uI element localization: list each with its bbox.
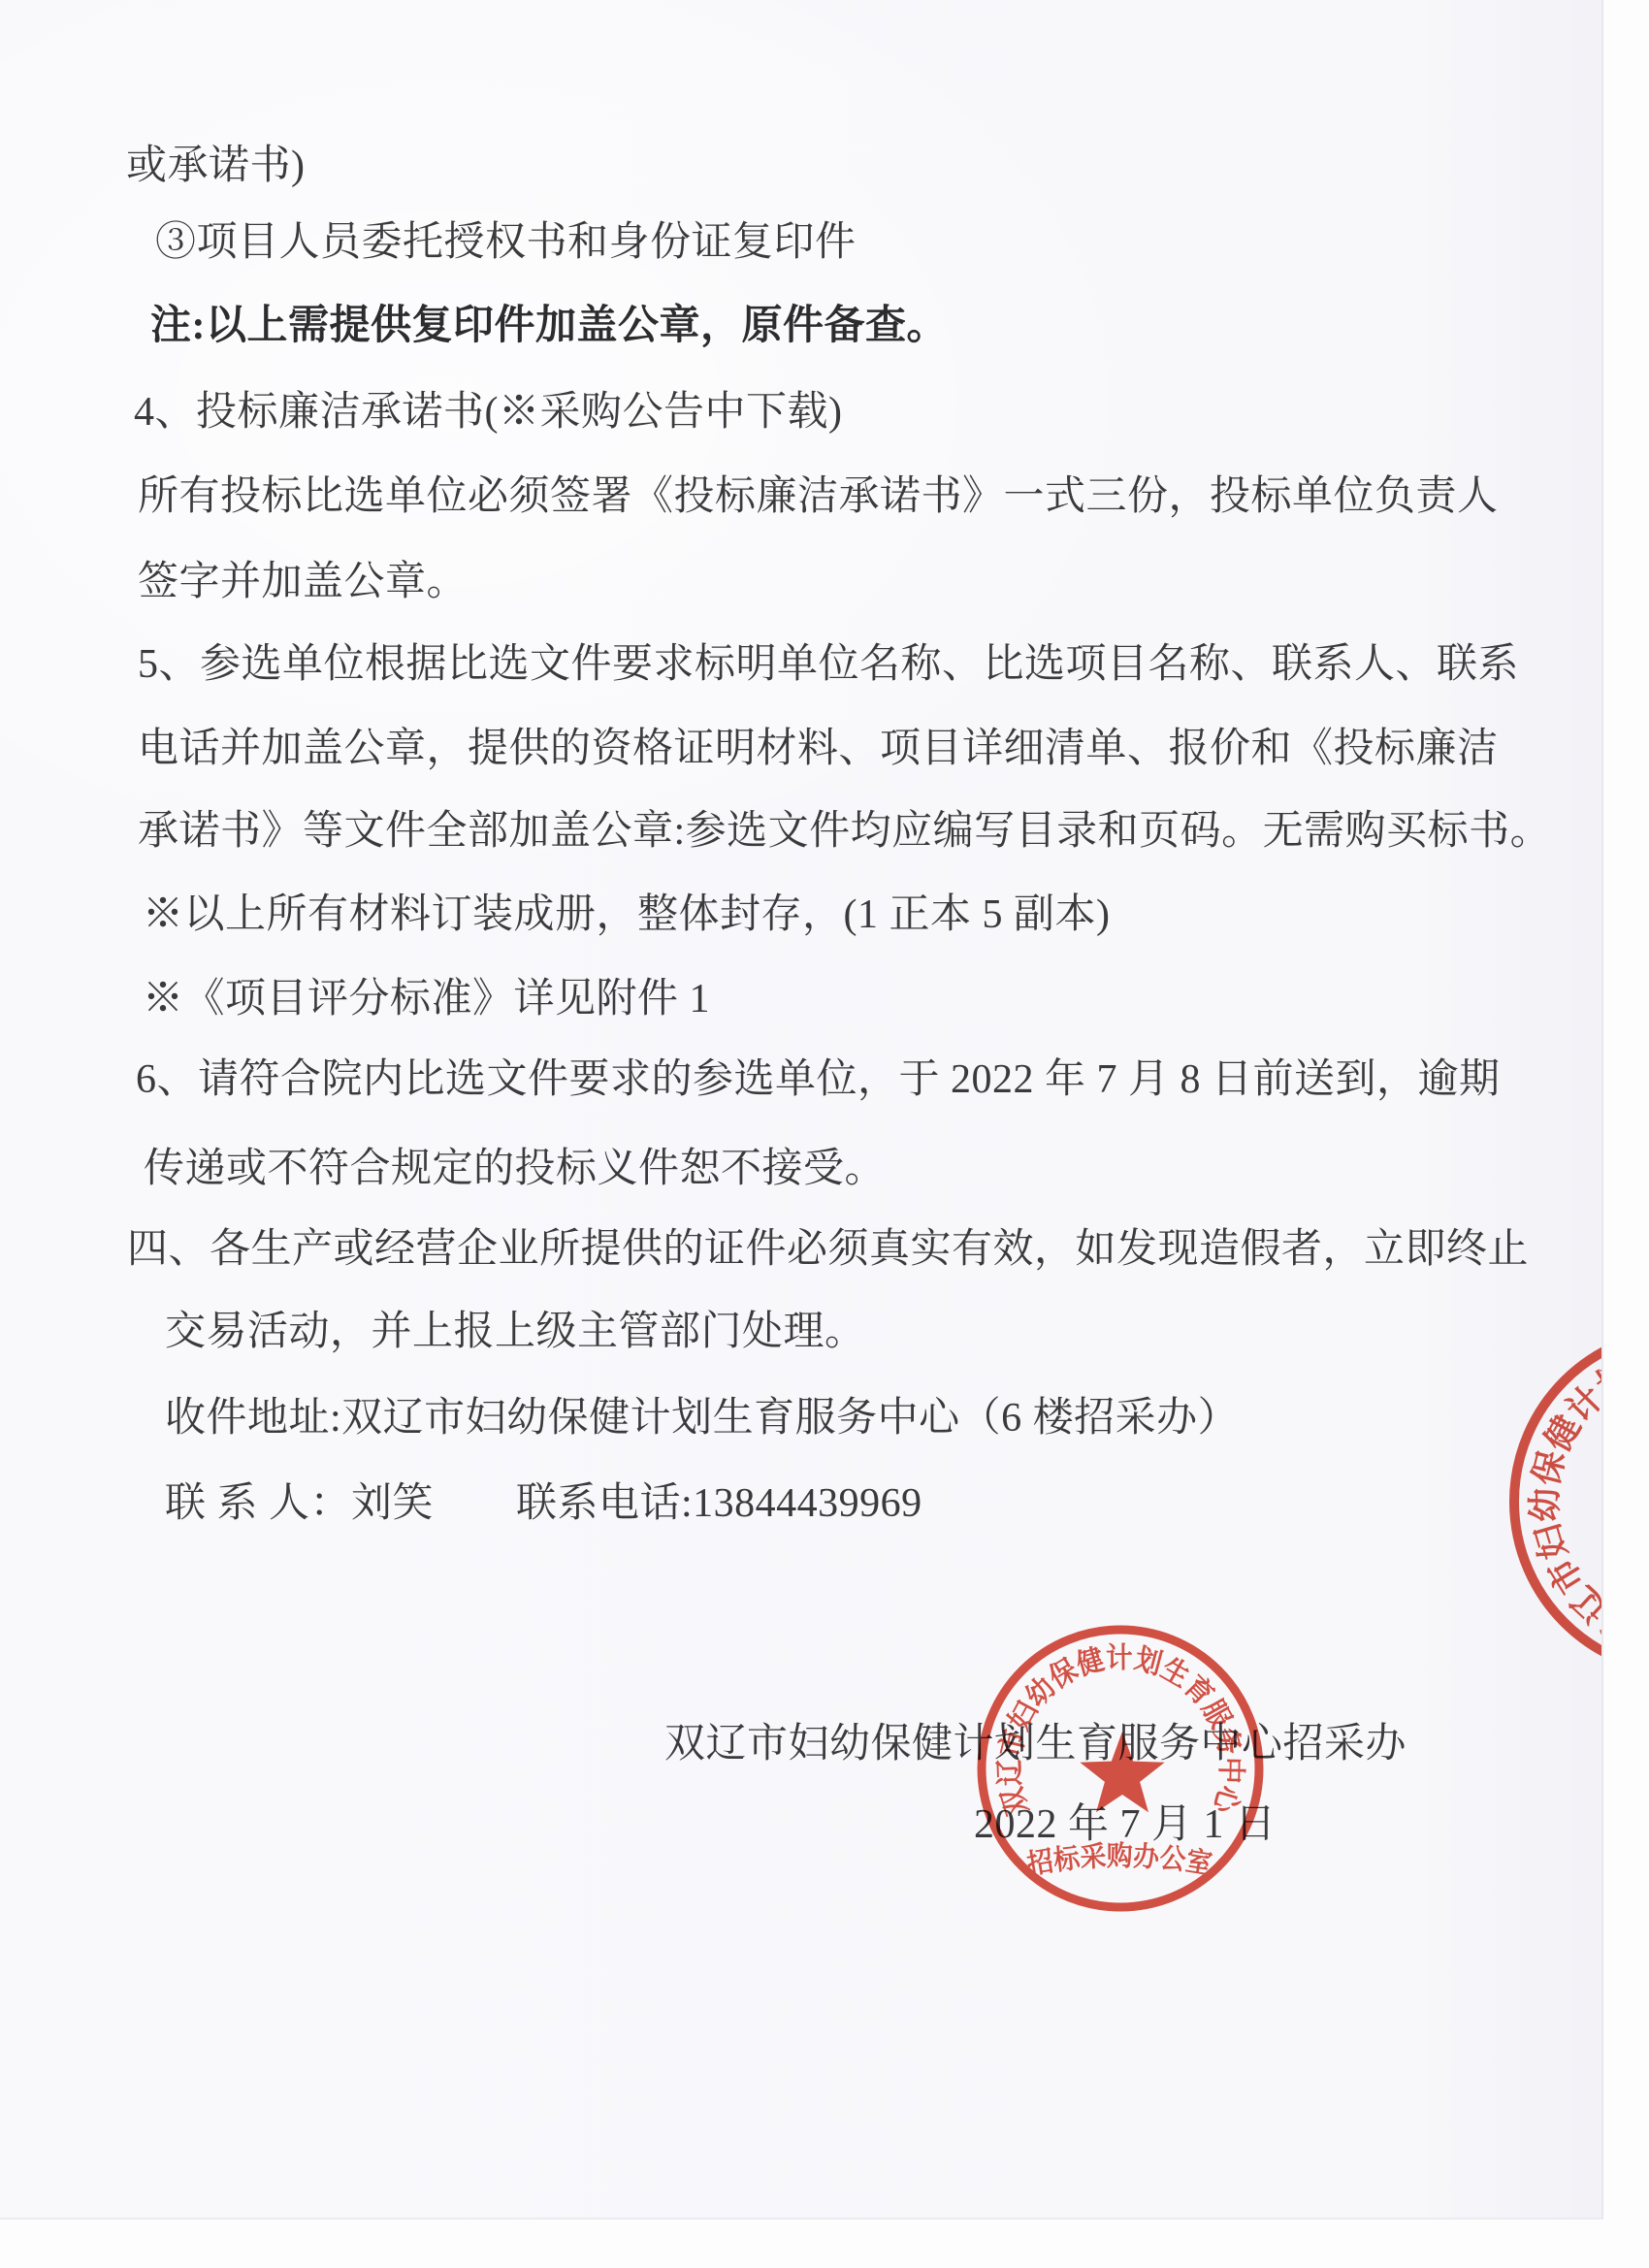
doc-line: 交易活动，并上报上级主管部门处理。 — [165, 1307, 866, 1357]
scanned-document: { "document": { "lines": [ {"text": "或承诺… — [0, 0, 1649, 2268]
doc-note-line: 注:以上需提供复印件加盖公章，原件备查。 — [150, 301, 948, 351]
doc-line: 签字并加盖公章。 — [138, 557, 468, 607]
doc-line: 联 系 人：刘笑 联系电话:13844439969 — [165, 1478, 922, 1529]
svg-text:招标采购办公室: 招标采购办公室 — [1024, 1840, 1214, 1881]
doc-line: ※以上所有材料订装成册，整体封存，(1 正本 5 副本) — [143, 890, 1110, 940]
doc-line: 传递或不符合规定的投标义件恕不接受。 — [144, 1144, 886, 1194]
doc-line: 承诺书》等文件全部加盖公章:参选文件均应编写目录和页码。无需购买标书。 — [138, 806, 1551, 857]
stamp-ring-text: 双辽市妇幼保健计划生育服务中心 — [1460, 1277, 1603, 1660]
svg-text:双辽市妇幼保健计划生育服务中心: 双辽市妇幼保健计划生育服务中心 — [1460, 1277, 1603, 1660]
doc-line: 或承诺书) — [126, 141, 306, 191]
stamp-star-icon — [1080, 1732, 1164, 1812]
doc-line: 收件地址:双辽市妇幼保健计划生育服务中心（6 楼招采办） — [165, 1393, 1239, 1443]
stamp-banner-text: 招标采购办公室 — [1024, 1840, 1214, 1881]
doc-line: ※《项目评分标准》详见附件 1 — [143, 974, 710, 1024]
official-stamp-main: 双辽市妇幼保健计划生育服务中心 招标采购办公室 — [975, 1621, 1266, 1916]
paper-sheet: 或承诺书) ③项目人员委托授权书和身份证复印件 注:以上需提供复印件加盖公章，原… — [0, 0, 1603, 2219]
stamp-ring — [1443, 1260, 1603, 1743]
doc-line: 5、参选单位根据比选文件要求标明单位名称、比选项目名称、联系人、联系 — [138, 639, 1519, 690]
doc-line: 6、请符合院内比选文件要求的参选单位，于 2022 年 7 月 8 日前送到，逾… — [136, 1054, 1501, 1105]
doc-line: 4、投标廉洁承诺书(※采购公告中下载) — [134, 387, 842, 437]
doc-line: 所有投标比选单位必须签署《投标廉洁承诺书》一式三份，投标单位负责人 — [138, 471, 1499, 522]
doc-line: ③项目人员委托授权书和身份证复印件 — [155, 217, 857, 268]
doc-line: 四、各生产或经营企业所提供的证件必须真实有效，如发现造假者，立即终止 — [127, 1224, 1529, 1275]
doc-line: 电话并加盖公章，提供的资格证明材料、项目详细清单、报价和《投标廉洁 — [138, 724, 1499, 774]
official-stamp-partial: 双辽市妇幼保健计划生育服务中心 招标采购办公室 — [1410, 1227, 1603, 1776]
